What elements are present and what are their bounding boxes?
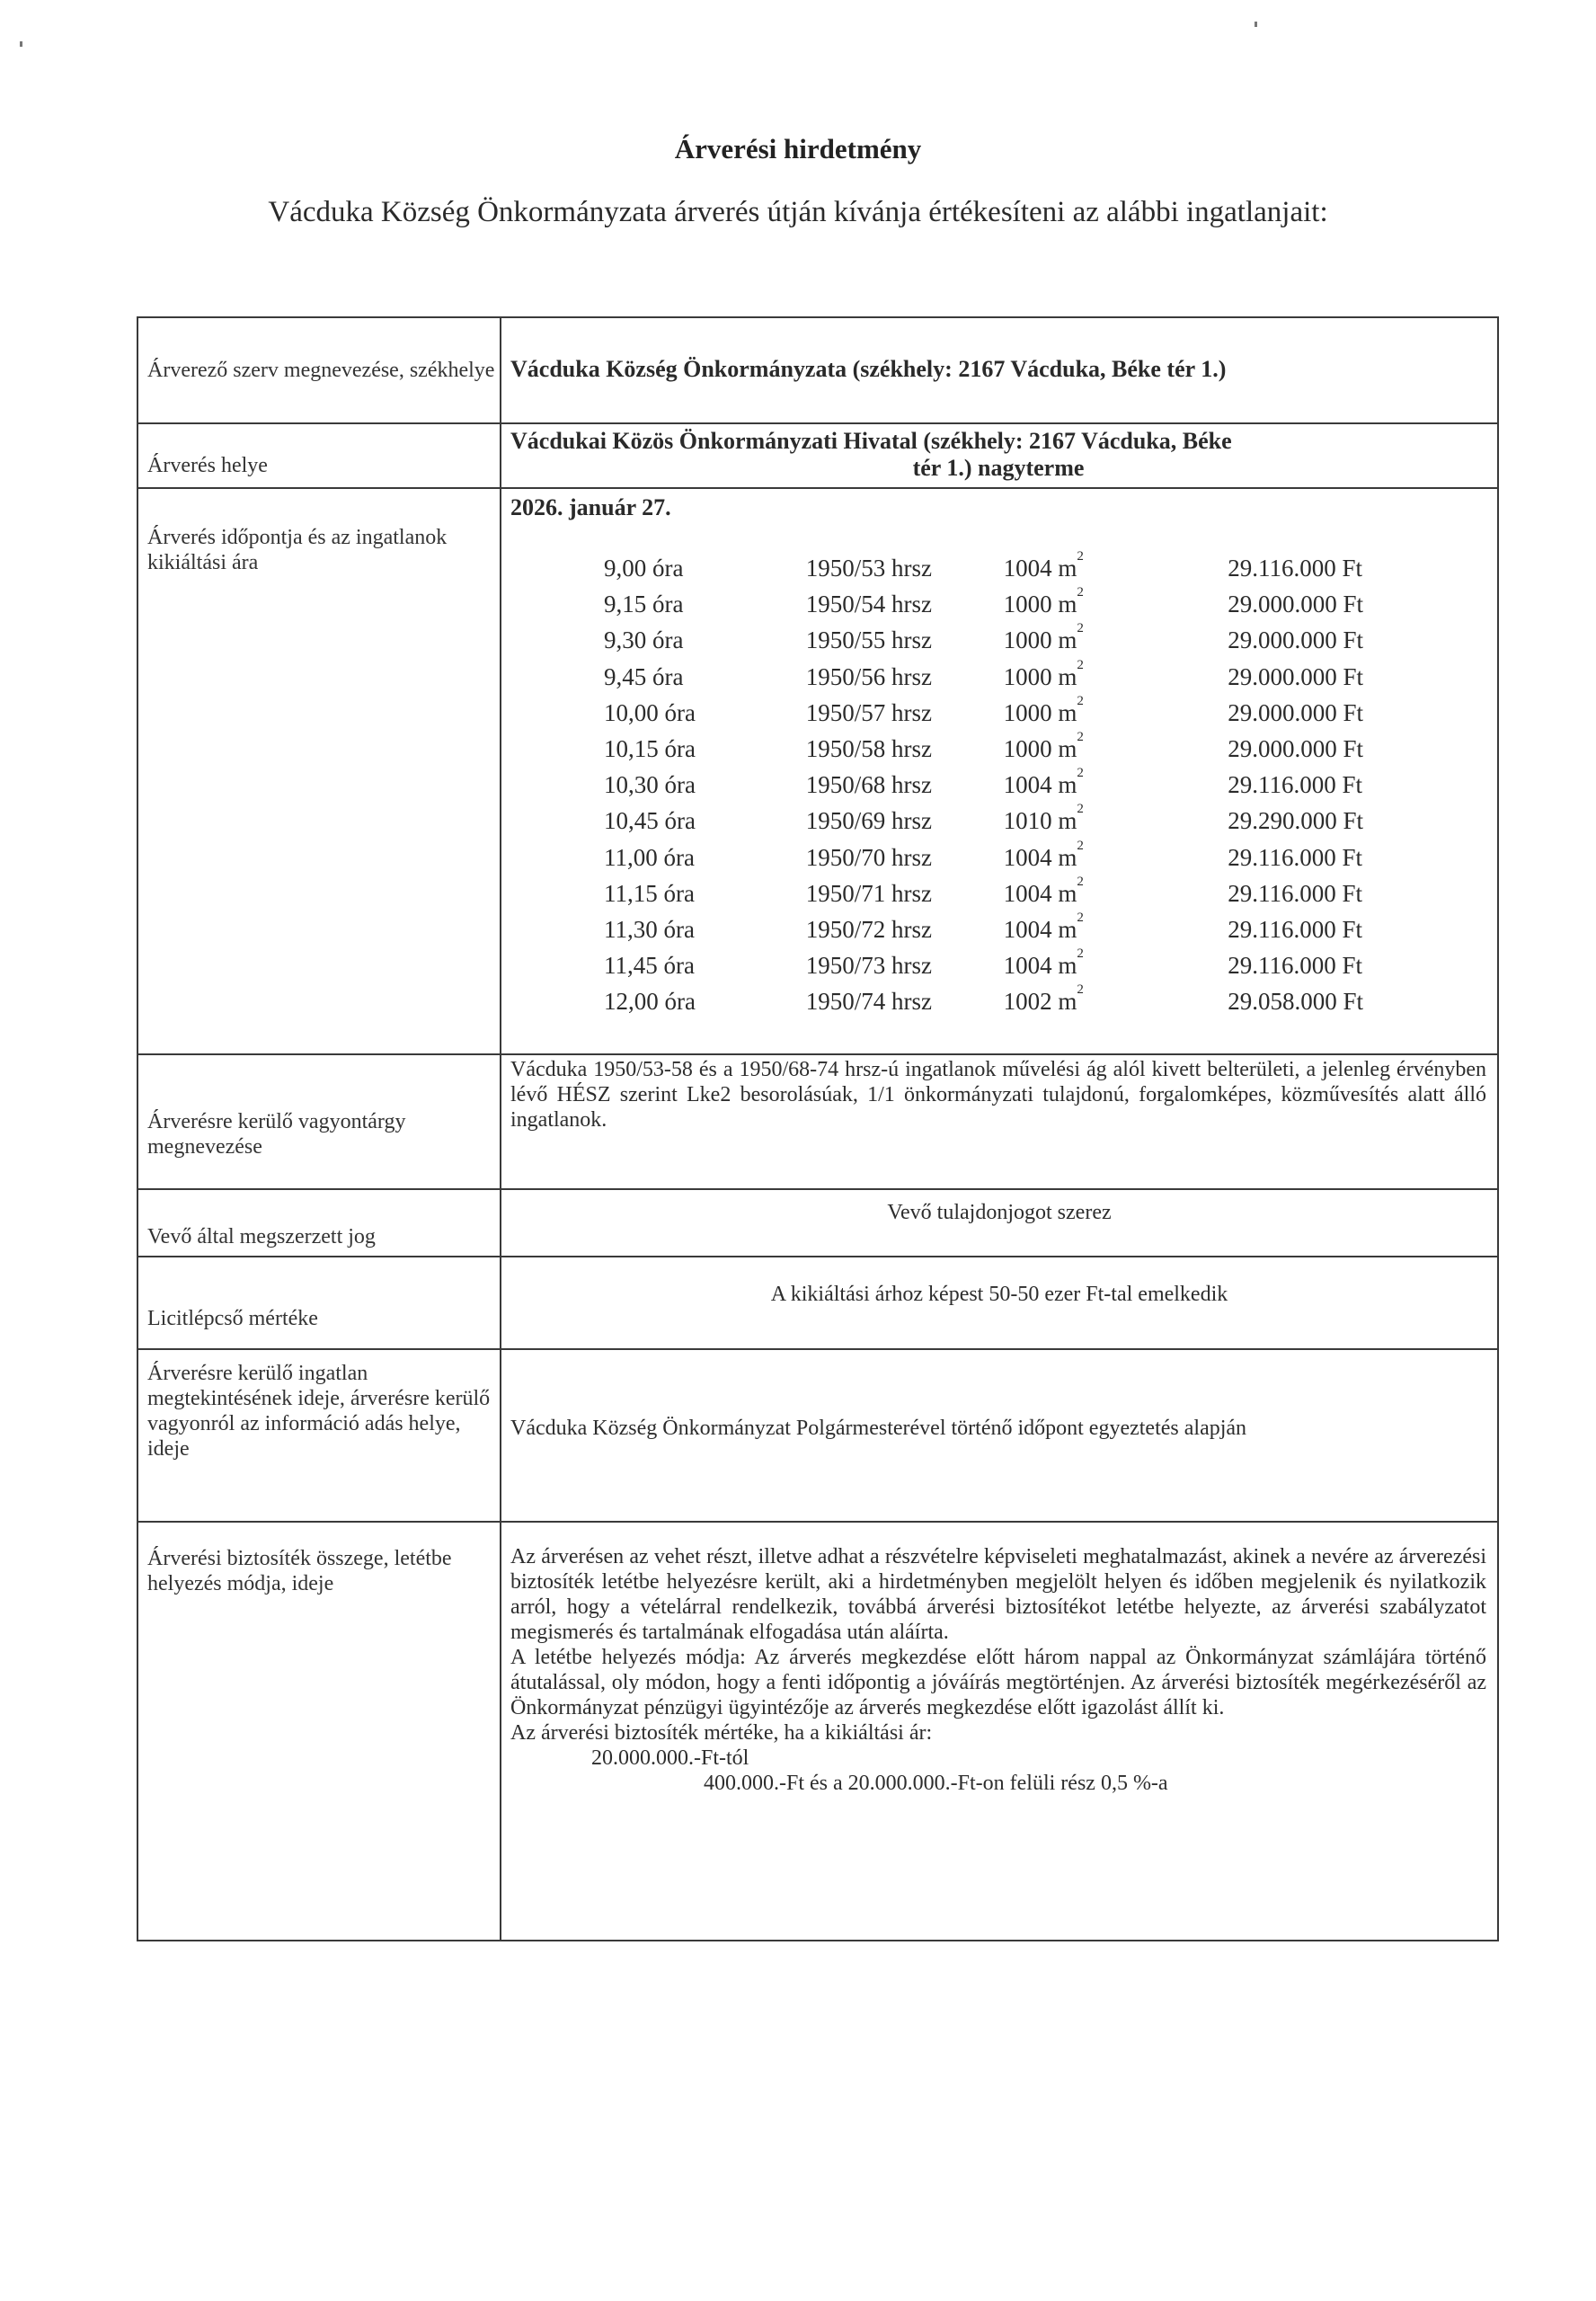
deposit-para-rate: Az árverési biztosíték mértéke, ha a kik…	[510, 1720, 1486, 1746]
schedule-price-text: 29.116.000 Ft	[1228, 771, 1362, 798]
schedule-row: 12,00 óra1950/74 hrsz1002 m229.058.000 F…	[501, 983, 1497, 1019]
scan-speck	[1255, 22, 1257, 27]
schedule-hrsz-text: 1950/56 hrsz	[806, 663, 932, 690]
schedule-row: 10,15 óra1950/58 hrsz1000 m229.000.000 F…	[501, 731, 1497, 767]
schedule-area: 1010 m2	[1004, 803, 1228, 839]
schedule-area: 1004 m2	[1004, 767, 1228, 803]
schedule-price-text: 29.116.000 Ft	[1228, 880, 1362, 907]
viewing-value: Vácduka Község Önkormányzat Polgármester…	[501, 1350, 1497, 1441]
schedule-time: 12,00 óra	[501, 983, 806, 1019]
schedule-time-text: 12,00 óra	[604, 988, 696, 1015]
schedule-hrsz: 1950/68 hrsz	[806, 767, 1004, 803]
increment-value: A kikiáltási árhoz képest 50-50 ezer Ft-…	[501, 1257, 1497, 1307]
schedule-hrsz-text: 1950/54 hrsz	[806, 591, 932, 617]
schedule-time-text: 10,15 óra	[604, 735, 696, 762]
schedule-row: 11,30 óra1950/72 hrsz1004 m229.116.000 F…	[501, 911, 1497, 947]
schedule-area: 1004 m2	[1004, 875, 1228, 911]
schedule-time: 9,15 óra	[501, 586, 806, 622]
schedule-time: 9,30 óra	[501, 622, 806, 658]
schedule-row: 9,00 óra1950/53 hrsz1004 m229.116.000 Ft	[501, 550, 1497, 586]
schedule-row: 11,00 óra1950/70 hrsz1004 m229.116.000 F…	[501, 840, 1497, 875]
schedule-area: 1004 m2	[1004, 840, 1228, 875]
schedule-price: 29.000.000 Ft	[1228, 731, 1497, 767]
schedule-hrsz-text: 1950/74 hrsz	[806, 988, 932, 1015]
schedule-area-text: 1004 m	[1004, 916, 1077, 943]
row-venue: Árverés helye Vácdukai Közös Önkormányza…	[137, 423, 1498, 488]
schedule-hrsz-text: 1950/68 hrsz	[806, 771, 932, 798]
right-value: Vevő tulajdonjogot szerez	[501, 1190, 1497, 1225]
schedule-hrsz: 1950/69 hrsz	[806, 803, 1004, 839]
area-unit-superscript: 2	[1077, 839, 1084, 853]
schedule-area: 1004 m2	[1004, 947, 1228, 983]
venue-value-line2: tér 1.) nagyterme	[510, 455, 1486, 482]
viewing-label: Árverésre kerülő ingatlan megtekintéséne…	[138, 1350, 500, 1461]
schedule-price-text: 29.116.000 Ft	[1228, 916, 1362, 943]
schedule-area: 1000 m2	[1004, 695, 1228, 731]
schedule-hrsz-text: 1950/70 hrsz	[806, 844, 932, 871]
schedule-area: 1004 m2	[1004, 550, 1228, 586]
schedule-hrsz: 1950/73 hrsz	[806, 947, 1004, 983]
asset-label: Árverésre kerülő vagyontárgy megnevezése	[138, 1055, 500, 1159]
venue-value: Vácdukai Közös Önkormányzati Hivatal (sz…	[501, 424, 1497, 482]
row-viewing: Árverésre kerülő ingatlan megtekintéséne…	[137, 1349, 1498, 1522]
schedule-price-text: 29.000.000 Ft	[1228, 735, 1363, 762]
schedule-row: 10,45 óra1950/69 hrsz1010 m229.290.000 F…	[501, 803, 1497, 839]
schedule-price: 29.000.000 Ft	[1228, 586, 1497, 622]
deposit-para-method: A letétbe helyezés módja: Az árverés meg…	[510, 1645, 1486, 1720]
schedule-hrsz-text: 1950/69 hrsz	[806, 807, 932, 834]
schedule-price: 29.000.000 Ft	[1228, 695, 1497, 731]
schedule-time-text: 11,15 óra	[604, 880, 695, 907]
schedule-area-text: 1004 m	[1004, 880, 1077, 907]
scan-speck	[20, 41, 22, 47]
schedule-area-text: 1000 m	[1004, 626, 1077, 653]
deposit-threshold: 20.000.000.-Ft-tól	[510, 1746, 1486, 1771]
schedule-row: 9,45 óra1950/56 hrsz1000 m229.000.000 Ft	[501, 659, 1497, 695]
row-organizer: Árverező szerv megnevezése, székhelye Vá…	[137, 317, 1498, 423]
schedule-area-text: 1004 m	[1004, 844, 1077, 871]
schedule-hrsz-text: 1950/73 hrsz	[806, 952, 932, 979]
schedule-area-text: 1004 m	[1004, 952, 1077, 979]
schedule-time: 11,00 óra	[501, 840, 806, 875]
schedule-area-text: 1000 m	[1004, 663, 1077, 690]
schedule-area: 1000 m2	[1004, 586, 1228, 622]
schedule-area-text: 1002 m	[1004, 988, 1077, 1015]
schedule-hrsz-text: 1950/72 hrsz	[806, 916, 932, 943]
schedule-hrsz: 1950/72 hrsz	[806, 911, 1004, 947]
deposit-value: Az árverésen az vehet részt, illetve adh…	[501, 1523, 1497, 1796]
schedule-area-text: 1010 m	[1004, 807, 1077, 834]
schedule-time: 11,45 óra	[501, 947, 806, 983]
schedule-time-text: 11,45 óra	[604, 952, 695, 979]
schedule-hrsz-text: 1950/57 hrsz	[806, 699, 932, 726]
area-unit-superscript: 2	[1077, 946, 1084, 961]
row-increment: Licitlépcső mértéke A kikiáltási árhoz k…	[137, 1257, 1498, 1349]
schedule-area-text: 1004 m	[1004, 771, 1077, 798]
schedule-hrsz: 1950/70 hrsz	[806, 840, 1004, 875]
row-schedule: Árverés időpontja és az ingatlanok kikiá…	[137, 488, 1498, 1054]
schedule-price: 29.290.000 Ft	[1228, 803, 1497, 839]
schedule-area: 1000 m2	[1004, 622, 1228, 658]
schedule-price-text: 29.000.000 Ft	[1228, 699, 1363, 726]
schedule-hrsz-text: 1950/53 hrsz	[806, 555, 932, 582]
schedule-hrsz-text: 1950/55 hrsz	[806, 626, 932, 653]
schedule-price-text: 29.116.000 Ft	[1228, 844, 1362, 871]
schedule-time-text: 9,30 óra	[604, 626, 683, 653]
schedule-label: Árverés időpontja és az ingatlanok kikiá…	[138, 489, 500, 575]
schedule-hrsz-text: 1950/71 hrsz	[806, 880, 932, 907]
schedule-price-text: 29.000.000 Ft	[1228, 626, 1363, 653]
schedule-area: 1000 m2	[1004, 659, 1228, 695]
schedule-price-text: 29.000.000 Ft	[1228, 591, 1363, 617]
schedule-time: 9,45 óra	[501, 659, 806, 695]
row-deposit: Árverési biztosíték összege, letétbe hel…	[137, 1522, 1498, 1941]
row-asset: Árverésre kerülő vagyontárgy megnevezése…	[137, 1054, 1498, 1189]
increment-label: Licitlépcső mértéke	[138, 1257, 500, 1331]
area-unit-superscript: 2	[1077, 875, 1084, 889]
schedule-row: 11,15 óra1950/71 hrsz1004 m229.116.000 F…	[501, 875, 1497, 911]
schedule-time: 11,15 óra	[501, 875, 806, 911]
deposit-para-participation: Az árverésen az vehet részt, illetve adh…	[510, 1544, 1486, 1645]
area-unit-superscript: 2	[1077, 911, 1084, 925]
schedule-time-text: 10,45 óra	[604, 807, 696, 834]
schedule-row: 10,00 óra1950/57 hrsz1000 m229.000.000 F…	[501, 695, 1497, 731]
schedule-area: 1000 m2	[1004, 731, 1228, 767]
schedule-hrsz: 1950/54 hrsz	[806, 586, 1004, 622]
schedule-time: 10,45 óra	[501, 803, 806, 839]
schedule-price-text: 29.116.000 Ft	[1228, 952, 1362, 979]
schedule-time-text: 10,00 óra	[604, 699, 696, 726]
area-unit-superscript: 2	[1077, 802, 1084, 816]
schedule-price: 29.116.000 Ft	[1228, 767, 1497, 803]
document-title: Árverési hirdetmény	[0, 133, 1596, 165]
schedule-hrsz: 1950/55 hrsz	[806, 622, 1004, 658]
area-unit-superscript: 2	[1077, 621, 1084, 635]
schedule-price: 29.116.000 Ft	[1228, 875, 1497, 911]
area-unit-superscript: 2	[1077, 694, 1084, 708]
schedule-table: 9,00 óra1950/53 hrsz1004 m229.116.000 Ft…	[501, 550, 1497, 1020]
schedule-hrsz: 1950/58 hrsz	[806, 731, 1004, 767]
asset-value: Vácduka 1950/53-58 és a 1950/68-74 hrsz-…	[501, 1055, 1497, 1133]
organizer-label: Árverező szerv megnevezése, székhelye	[138, 318, 500, 383]
schedule-price: 29.116.000 Ft	[1228, 550, 1497, 586]
schedule-hrsz-text: 1950/58 hrsz	[806, 735, 932, 762]
schedule-time-text: 9,00 óra	[604, 555, 683, 582]
deposit-label: Árverési biztosíték összege, letétbe hel…	[138, 1523, 500, 1596]
schedule-time: 10,15 óra	[501, 731, 806, 767]
schedule-price: 29.058.000 Ft	[1228, 983, 1497, 1019]
schedule-hrsz: 1950/53 hrsz	[806, 550, 1004, 586]
schedule-price: 29.116.000 Ft	[1228, 947, 1497, 983]
schedule-area: 1004 m2	[1004, 911, 1228, 947]
schedule-hrsz: 1950/71 hrsz	[806, 875, 1004, 911]
schedule-row: 11,45 óra1950/73 hrsz1004 m229.116.000 F…	[501, 947, 1497, 983]
schedule-time: 9,00 óra	[501, 550, 806, 586]
organizer-value: Vácduka Község Önkormányzata (székhely: …	[501, 318, 1497, 383]
auction-date: 2026. január 27.	[501, 489, 1497, 521]
schedule-row: 9,15 óra1950/54 hrsz1000 m229.000.000 Ft	[501, 586, 1497, 622]
schedule-time: 10,00 óra	[501, 695, 806, 731]
schedule-price: 29.116.000 Ft	[1228, 840, 1497, 875]
schedule-price: 29.116.000 Ft	[1228, 911, 1497, 947]
area-unit-superscript: 2	[1077, 982, 1084, 997]
auction-notice-table: Árverező szerv megnevezése, székhelye Vá…	[137, 316, 1499, 1941]
schedule-row: 9,30 óra1950/55 hrsz1000 m229.000.000 Ft	[501, 622, 1497, 658]
schedule-price: 29.000.000 Ft	[1228, 659, 1497, 695]
schedule-area-text: 1000 m	[1004, 699, 1077, 726]
venue-label: Árverés helye	[138, 424, 500, 478]
right-label: Vevő által megszerzett jog	[138, 1190, 500, 1249]
area-unit-superscript: 2	[1077, 585, 1084, 600]
schedule-time-text: 9,45 óra	[604, 663, 683, 690]
document-subtitle: Vácduka Község Önkormányzata árverés útj…	[0, 196, 1596, 229]
schedule-price-text: 29.000.000 Ft	[1228, 663, 1363, 690]
schedule-time-text: 10,30 óra	[604, 771, 696, 798]
area-unit-superscript: 2	[1077, 549, 1084, 564]
schedule-hrsz: 1950/74 hrsz	[806, 983, 1004, 1019]
schedule-time-text: 11,00 óra	[604, 844, 695, 871]
schedule-area-text: 1004 m	[1004, 555, 1077, 582]
schedule-time: 11,30 óra	[501, 911, 806, 947]
schedule-price: 29.000.000 Ft	[1228, 622, 1497, 658]
schedule-area-text: 1000 m	[1004, 591, 1077, 617]
schedule-hrsz: 1950/57 hrsz	[806, 695, 1004, 731]
deposit-amount: 400.000.-Ft és a 20.000.000.-Ft-on felül…	[510, 1771, 1486, 1796]
schedule-row: 10,30 óra1950/68 hrsz1004 m229.116.000 F…	[501, 767, 1497, 803]
schedule-time-text: 11,30 óra	[604, 916, 695, 943]
schedule-price-text: 29.290.000 Ft	[1228, 807, 1363, 834]
schedule-hrsz: 1950/56 hrsz	[806, 659, 1004, 695]
schedule-time: 10,30 óra	[501, 767, 806, 803]
schedule-area-text: 1000 m	[1004, 735, 1077, 762]
row-right: Vevő által megszerzett jog Vevő tulajdon…	[137, 1189, 1498, 1257]
schedule-time-text: 9,15 óra	[604, 591, 683, 617]
schedule-price-text: 29.058.000 Ft	[1228, 988, 1363, 1015]
schedule-price-text: 29.116.000 Ft	[1228, 555, 1362, 582]
venue-value-line1: Vácdukai Közös Önkormányzati Hivatal (sz…	[510, 428, 1232, 454]
area-unit-superscript: 2	[1077, 658, 1084, 672]
schedule-area: 1002 m2	[1004, 983, 1228, 1019]
area-unit-superscript: 2	[1077, 766, 1084, 780]
area-unit-superscript: 2	[1077, 730, 1084, 744]
